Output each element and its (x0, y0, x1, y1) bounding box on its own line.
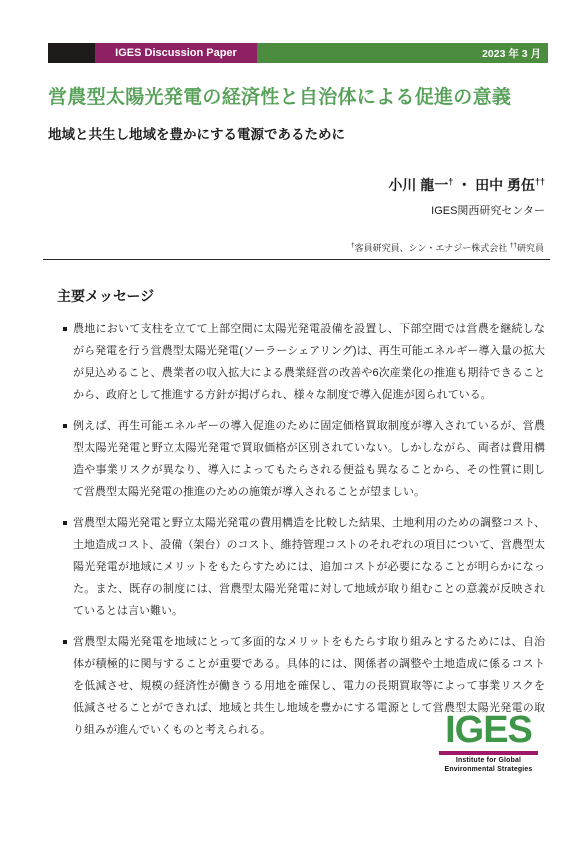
author-2: 田中 勇伍 (475, 177, 535, 193)
banner-black-segment (48, 43, 95, 63)
key-message-item: 営農型太陽光発電と野立太陽光発電の費用構造を比較した結果、土地利用のための調整コ… (62, 512, 545, 622)
iges-logo-tagline: Institute for Global Environmental Strat… (439, 757, 538, 775)
affiliation-footnote: †客員研究員、シン・エナジー株式会社 ††研究員 (351, 241, 544, 254)
key-message-item: 例えば、再生可能エネルギーの導入促進のために固定価格買取制度が導入されているが、… (62, 415, 545, 503)
iges-tagline-line1: Institute for Global (439, 757, 538, 766)
header-banner: IGES Discussion Paper 2023 年 3 月 (48, 43, 548, 63)
banner-date-segment: 2023 年 3 月 (257, 43, 548, 63)
paper-title: 営農型太陽光発電の経済性と自治体による促進の意義 (48, 82, 548, 109)
key-messages-heading: 主要メッセージ (57, 286, 154, 306)
paper-subtitle: 地域と共生し地域を豊かにする電源であるために (48, 123, 548, 143)
footnote-text-2: 研究員 (517, 243, 544, 253)
banner-series-label: IGES Discussion Paper (95, 43, 257, 63)
key-message-item: 農地において支柱を立てて上部空間に太陽光発電設備を設置し、下部空間では営農を継続… (62, 318, 545, 406)
iges-logo-rule (439, 751, 538, 755)
footnote-dagger-2: †† (510, 242, 517, 249)
horizontal-rule (43, 259, 550, 260)
iges-logo: IGES Institute for Global Environmental … (439, 711, 538, 775)
author-affiliation: IGES関西研究センター (388, 202, 545, 218)
document-page: IGES Discussion Paper 2023 年 3 月 営農型太陽光発… (0, 0, 587, 844)
author-2-dagger: †† (535, 176, 545, 186)
author-separator: ・ (453, 177, 475, 193)
author-block: 小川 龍一† ・ 田中 勇伍†† IGES関西研究センター (388, 175, 545, 218)
iges-tagline-line2: Environmental Strategies (439, 766, 538, 775)
series-title: IGES Discussion Paper (115, 47, 237, 59)
author-names: 小川 龍一† ・ 田中 勇伍†† (388, 175, 545, 195)
iges-logo-wordmark: IGES (439, 711, 538, 749)
key-messages-list: 農地において支柱を立てて上部空間に太陽光発電設備を設置し、下部空間では営農を継続… (62, 318, 545, 750)
footnote-text-1: 客員研究員、シン・エナジー株式会社 (355, 243, 510, 253)
publication-date: 2023 年 3 月 (482, 46, 541, 61)
author-1: 小川 龍一 (388, 177, 448, 193)
